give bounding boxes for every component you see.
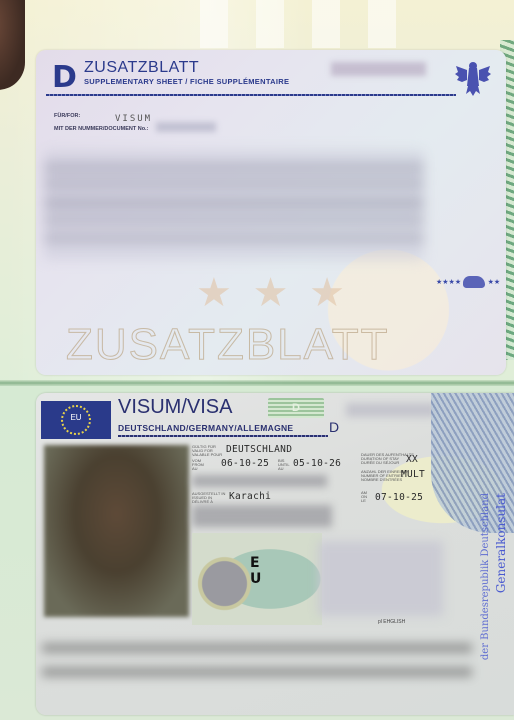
microprint-rule [46, 94, 456, 96]
type-value: XX [406, 454, 418, 465]
microprint-rule [118, 435, 328, 437]
document-number-label: MIT DER NUMMER/DOCUMENT No.: [54, 126, 148, 132]
visa-country-code: D [329, 419, 339, 435]
redacted-document-number-value [156, 122, 216, 132]
redacted-visa-number [346, 403, 436, 417]
from-label: VOMFROMAU [192, 459, 204, 471]
hologram-eu-text: EU [250, 555, 262, 587]
redacted-name [192, 505, 332, 527]
supplementary-sheet-sticker: D ZUSATZBLATT SUPPLEMENTARY SHEET / FICH… [36, 50, 506, 375]
place-of-issue-value: Karachi [229, 491, 271, 502]
eu-label: EU [41, 413, 111, 422]
for-value: VISUM [115, 114, 152, 124]
for-label: FÜR/FOR: [54, 113, 80, 119]
valid-for-label: GÜLTIG FÜRVALID FORVALABLE POUR [192, 445, 222, 457]
visa-sticker: EU VISUM/VISA D DEUTSCHLAND/GERMANY/ALLE… [36, 393, 514, 715]
bear-icon [463, 276, 485, 288]
eu-flag-icon: EU [41, 401, 111, 439]
from-value: 06-10-25 [221, 458, 269, 469]
bear-stars-left: ★★★★ [436, 278, 461, 286]
issuing-authority-line2: der Bundesrepublik Deutschland [480, 493, 491, 660]
sheet-subtitle: SUPPLEMENTARY SHEET / FICHE SUPPLÉMENTAI… [84, 77, 289, 86]
visa-country: DEUTSCHLAND/GERMANY/ALLEMAGNE [118, 423, 293, 433]
redacted-mrz [42, 627, 472, 709]
redacted-text-block [44, 150, 424, 260]
visa-title: VISUM/VISA [118, 396, 232, 419]
redacted-field [192, 475, 327, 487]
entries-value: MULT [401, 469, 425, 480]
federal-eagle-icon [454, 58, 492, 98]
date-of-issue-label: AMONLE [361, 491, 367, 503]
issuing-authority-line1: Generalkonsulat [494, 493, 508, 593]
until-label: BISUNTILAU [278, 459, 290, 471]
sheet-watermark: ZUSATZBLATT [66, 320, 390, 370]
bear-stars-right: ★★ [488, 278, 501, 286]
sheet-title: ZUSATZBLATT [84, 59, 199, 77]
passport-label: pl EHGLISH [378, 619, 405, 625]
star-pattern: ★ ★ ★ [196, 270, 349, 316]
place-of-issue-label: AUSGESTELLT INISSUED INDÉLIVRÉ À [192, 492, 225, 504]
date-of-issue-value: 07-10-25 [375, 492, 423, 503]
d-hologram: D [268, 398, 324, 418]
redacted-document-number [331, 62, 426, 76]
redacted-photo [44, 445, 189, 617]
country-letter: D [52, 60, 77, 95]
berlin-bear-mark: ★★★★ ★★ [436, 276, 500, 288]
redacted-remarks [318, 541, 443, 616]
until-value: 05-10-26 [293, 458, 341, 469]
page-fold [0, 380, 514, 386]
eu-hologram: EU [192, 533, 322, 625]
page-watermark-pattern [200, 0, 420, 48]
valid-for-value: DEUTSCHLAND [226, 444, 292, 455]
